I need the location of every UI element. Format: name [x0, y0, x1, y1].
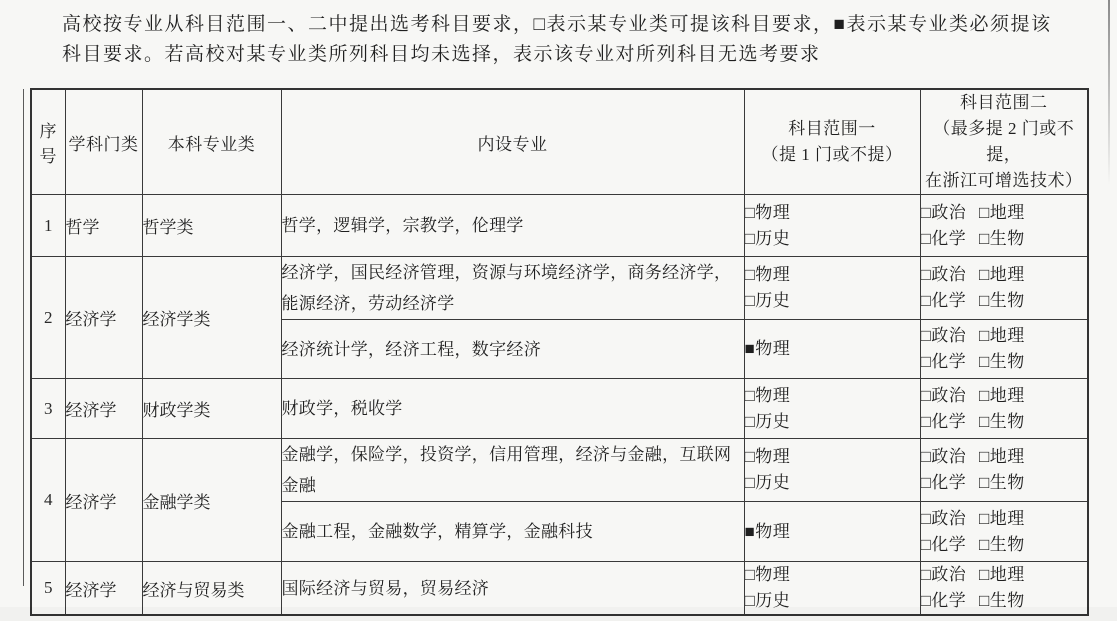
range2-option-line: □政治 □地理	[921, 444, 1088, 470]
cell-majors: 经济学，国民经济管理，资源与环境经济学，商务经济学，能源经济，劳动经济学	[281, 257, 744, 320]
cell-discipline: 哲学	[65, 195, 142, 257]
range2-option-line: □政治 □地理	[921, 506, 1088, 532]
range2-option-line: □政治 □地理	[921, 562, 1088, 588]
range2-option-line: □化学 □生物	[921, 349, 1088, 375]
range2-option-line: □化学 □生物	[921, 226, 1088, 252]
col-header-major-class: 本科专业类	[142, 89, 281, 195]
cell-range2: □政治 □地理 □化学 □生物	[920, 502, 1088, 562]
cell-range2: □政治 □地理 □化学 □生物	[920, 195, 1088, 257]
header-row: 序号 学科门类 本科专业类 内设专业 科目范围一 （提 1 门或不提） 科目范围…	[31, 89, 1088, 195]
cell-index: 2	[31, 257, 65, 379]
table-row: 2 经济学 经济学类 经济学，国民经济管理，资源与环境经济学，商务经济学，能源经…	[31, 257, 1088, 320]
scan-artifact-bottom-shade	[0, 607, 1117, 621]
cell-major-class: 哲学类	[142, 195, 281, 257]
cell-range1: ■物理	[744, 502, 920, 562]
col-header-discipline: 学科门类	[65, 89, 142, 195]
cell-major-class: 经济学类	[142, 257, 281, 379]
range2-option-line: □化学 □生物	[921, 470, 1088, 496]
cell-index: 4	[31, 439, 65, 562]
cell-majors: 哲学，逻辑学，宗教学，伦理学	[281, 195, 744, 257]
range1-option: □历史	[745, 409, 920, 435]
cell-major-class: 金融学类	[142, 439, 281, 562]
range2-option-line: □政治 □地理	[921, 383, 1088, 409]
cell-majors: 经济统计学，经济工程，数字经济	[281, 320, 744, 379]
range1-option: □物理	[745, 200, 920, 226]
range2-option-line: □化学 □生物	[921, 409, 1088, 435]
range1-option: ■物理	[745, 519, 920, 545]
intro-paragraph: 高校按专业从科目范围一、二中提出选考科目要求，□表示某专业类可提该科目要求，■表…	[62, 10, 1067, 70]
cell-index: 1	[31, 195, 65, 257]
range1-option: □物理	[745, 562, 920, 588]
table-row: 3 经济学 财政学类 财政学，税收学 □物理 □历史 □政治 □地理 □化学 □…	[31, 379, 1088, 439]
cell-range1: ■物理	[744, 320, 920, 379]
col-header-index: 序号	[31, 89, 65, 195]
cell-majors: 金融学，保险学，投资学，信用管理，经济与金融，互联网金融	[281, 439, 744, 502]
col-header-range1-line2: （提 1 门或不提）	[745, 142, 920, 168]
col-header-majors: 内设专业	[281, 89, 744, 195]
col-header-range1: 科目范围一 （提 1 门或不提）	[744, 89, 920, 195]
range1-option: ■物理	[745, 336, 920, 362]
cell-index: 3	[31, 379, 65, 439]
range1-option: □物理	[745, 444, 920, 470]
cell-range2: □政治 □地理 □化学 □生物	[920, 320, 1088, 379]
cell-majors: 金融工程，金融数学，精算学，金融科技	[281, 502, 744, 562]
cell-discipline: 经济学	[65, 439, 142, 562]
cell-range1: □物理 □历史	[744, 195, 920, 257]
cell-range1: □物理 □历史	[744, 439, 920, 502]
intro-line-1: 高校按专业从科目范围一、二中提出选考科目要求，□表示某专业类可提该科目要求，■表…	[62, 10, 1067, 40]
col-header-range1-line1: 科目范围一	[745, 116, 920, 142]
range2-option-line: □政治 □地理	[921, 262, 1088, 288]
scanned-document-page: 高校按专业从科目范围一、二中提出选考科目要求，□表示某专业类可提该科目要求，■表…	[0, 0, 1117, 621]
range1-option: □历史	[745, 226, 920, 252]
col-header-range2-line1: 科目范围二	[921, 90, 1088, 116]
range2-option-line: □化学 □生物	[921, 532, 1088, 558]
cell-range1: □物理 □历史	[744, 379, 920, 439]
range1-option: □历史	[745, 288, 920, 314]
col-header-range2-line3: 在浙江可增选技术）	[921, 168, 1088, 194]
range1-option: □物理	[745, 383, 920, 409]
cell-range2: □政治 □地理 □化学 □生物	[920, 379, 1088, 439]
cell-range1: □物理 □历史	[744, 257, 920, 320]
intro-line-2: 科目要求。若高校对某专业类所列科目均未选择，表示该专业对所列科目无选考要求	[62, 40, 1067, 70]
scan-artifact-right-edge	[1108, 0, 1110, 185]
cell-discipline: 经济学	[65, 379, 142, 439]
scan-artifact-left-double-border	[23, 89, 24, 586]
range2-option-line: □政治 □地理	[921, 200, 1088, 226]
cell-majors: 财政学，税收学	[281, 379, 744, 439]
range2-option-line: □化学 □生物	[921, 288, 1088, 314]
subject-requirements-table: 序号 学科门类 本科专业类 内设专业 科目范围一 （提 1 门或不提） 科目范围…	[30, 88, 1089, 616]
table-row: 4 经济学 金融学类 金融学，保险学，投资学，信用管理，经济与金融，互联网金融 …	[31, 439, 1088, 502]
col-header-range2-line2: （最多提 2 门或不提，	[921, 116, 1088, 168]
cell-major-class: 财政学类	[142, 379, 281, 439]
range2-option-line: □政治 □地理	[921, 323, 1088, 349]
cell-range2: □政治 □地理 □化学 □生物	[920, 257, 1088, 320]
table-row: 1 哲学 哲学类 哲学，逻辑学，宗教学，伦理学 □物理 □历史 □政治 □地理 …	[31, 195, 1088, 257]
range1-option: □物理	[745, 262, 920, 288]
range1-option: □历史	[745, 470, 920, 496]
cell-discipline: 经济学	[65, 257, 142, 379]
cell-range2: □政治 □地理 □化学 □生物	[920, 439, 1088, 502]
col-header-range2: 科目范围二 （最多提 2 门或不提， 在浙江可增选技术）	[920, 89, 1088, 195]
